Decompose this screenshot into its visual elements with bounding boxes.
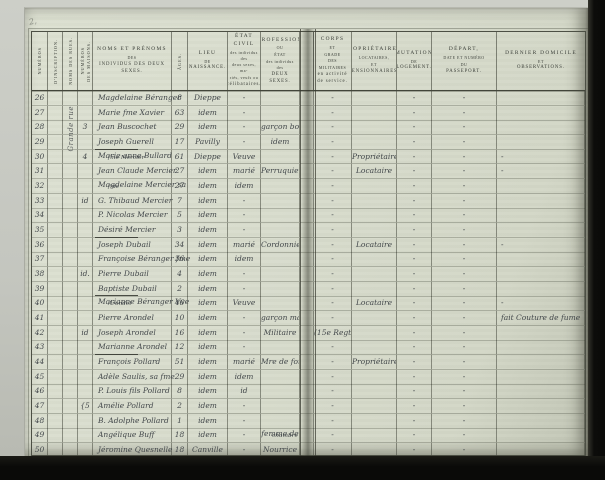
cell-age: 8 [172, 384, 188, 399]
column-header-depart: DÉPART,DATE ET NUMÉRODUPASSEPORT. [432, 32, 497, 90]
cell-mut: - [397, 384, 432, 399]
table-row: 37Françoise Béranger fme36idemidem--- [32, 252, 585, 267]
cell-house [78, 179, 93, 194]
cell-gut [300, 311, 314, 326]
cell-birth: idem [188, 194, 228, 209]
cell-etat: marié [228, 164, 261, 179]
cell-corps: - [314, 238, 352, 253]
cell-house [78, 135, 93, 150]
cell-mut: - [397, 340, 432, 355]
cell-obs [497, 194, 585, 209]
cell-name: Pierre Dubail [93, 267, 172, 282]
cell-rue [63, 399, 78, 414]
cell-prof [261, 414, 300, 429]
cell-age: 3 [172, 223, 188, 238]
cell-birth: idem [188, 106, 228, 121]
cell-birth: idem [188, 120, 228, 135]
table-row: 26Magdelaine Béranger8Dieppe---- [32, 91, 585, 106]
table-row: 43Marianne Arondel12idem---- [32, 340, 585, 355]
cell-name: Jean Claude Mercier [93, 164, 172, 179]
cell-mut: - [397, 208, 432, 223]
cell-obs [497, 267, 585, 282]
cell-prof [261, 267, 300, 282]
cell-age: 63 [172, 106, 188, 121]
cell-rue [63, 370, 78, 385]
cell-obs [497, 282, 585, 297]
cell-house [78, 91, 93, 106]
cell-house [78, 296, 93, 311]
cell-mut: - [397, 150, 432, 165]
cell-prop: Locataire [352, 164, 397, 179]
table-row: 31Jean Claude Mercier27idemmariéPerruqui… [32, 164, 585, 179]
cell-mut: - [397, 370, 432, 385]
cell-corps: - [314, 164, 352, 179]
cell-rue [63, 340, 78, 355]
table-row: 34P. Nicolas Mercier5idem---- [32, 208, 585, 223]
cell-birth: Dieppe [188, 91, 228, 106]
cell-prop [352, 414, 397, 429]
cell-gut [300, 164, 314, 179]
cell-num: 49 [32, 428, 48, 443]
cell-obs [497, 91, 585, 106]
cell-etat: marié [228, 238, 261, 253]
cell-etat: - [228, 91, 261, 106]
cell-num2 [48, 296, 63, 311]
cell-dep: - [432, 135, 497, 150]
table-header: NUMÉROS D'INSCRIPTION. NOMS DES RUES. NU… [32, 32, 585, 91]
cell-prof: idem [261, 135, 300, 150]
cell-house: id. [78, 267, 93, 282]
column-header-proprietaires: PROPRIÉTAIRES,LOCATAIRES,ETPENSIONNAIRES… [352, 32, 397, 90]
column-header-ages: ÂGES. [172, 32, 188, 90]
cell-name: Joseph Dubail [93, 238, 172, 253]
cell-obs: - [497, 164, 585, 179]
cell-mut: - [397, 267, 432, 282]
cell-dep: - [432, 384, 497, 399]
cell-house [78, 164, 93, 179]
cell-num: 42 [32, 326, 48, 341]
cell-dep: - [432, 208, 497, 223]
cell-etat: - [228, 282, 261, 297]
cell-num2 [48, 223, 63, 238]
table-row: 27Marie fme Xavier63idem---- [32, 106, 585, 121]
cell-dep: - [432, 106, 497, 121]
cell-name: Joseph Arondel [93, 326, 172, 341]
cell-etat: Veuve [228, 296, 261, 311]
scanner-bottom-edge [0, 456, 605, 480]
cell-mut: - [397, 238, 432, 253]
cell-gut [300, 223, 314, 238]
cell-birth: idem [188, 238, 228, 253]
cell-mut: - [397, 91, 432, 106]
cell-mut: - [397, 223, 432, 238]
cell-obs [497, 208, 585, 223]
cell-age: 27 [172, 179, 188, 194]
cell-num: 46 [32, 384, 48, 399]
cell-corps: - [314, 428, 352, 443]
cell-num2 [48, 252, 63, 267]
cell-corps: - [314, 208, 352, 223]
cell-obs [497, 223, 585, 238]
cell-house [78, 370, 93, 385]
cell-prop [352, 91, 397, 106]
cell-rue [63, 164, 78, 179]
cell-etat: - [228, 106, 261, 121]
cell-birth: idem [188, 164, 228, 179]
cell-age: 34 [172, 238, 188, 253]
cell-num2 [48, 120, 63, 135]
cell-corps: - [314, 311, 352, 326]
cell-rue [63, 296, 78, 311]
cell-age: 18 [172, 428, 188, 443]
cell-num2 [48, 384, 63, 399]
cell-prof [261, 340, 300, 355]
cell-num: 37 [32, 252, 48, 267]
cell-rue [63, 238, 78, 253]
cell-obs: - [497, 238, 585, 253]
column-header-noms-des-rues: NOMS DES RUES. [63, 32, 78, 90]
cell-house [78, 252, 93, 267]
cell-birth: idem [188, 296, 228, 311]
cell-rue [63, 428, 78, 443]
cell-prof: Cordonnier [261, 238, 300, 253]
cell-prop [352, 311, 397, 326]
column-header-dernier-domicile: DERNIER DOMICILEETOBSERVATIONS. [497, 32, 585, 90]
cell-rue [63, 355, 78, 370]
cell-obs: - [497, 296, 585, 311]
cell-mut: - [397, 326, 432, 341]
cell-num: 47 [32, 399, 48, 414]
cell-birth: idem [188, 252, 228, 267]
cell-house [78, 238, 93, 253]
cell-prop [352, 252, 397, 267]
table-row: 42idJoseph Arondel16idem-Militaire(15e R… [32, 326, 585, 341]
cell-etat: - [228, 428, 261, 443]
cell-rue [63, 208, 78, 223]
cell-num2 [48, 282, 63, 297]
cell-corps: - [314, 135, 352, 150]
cell-num2 [48, 194, 63, 209]
cell-rue [63, 120, 78, 135]
cell-obs [497, 384, 585, 399]
cell-dep: - [432, 311, 497, 326]
cell-name: Jean Buscochet [93, 120, 172, 135]
cell-gut [300, 252, 314, 267]
cell-dep: - [432, 340, 497, 355]
cell-num: 31 [32, 164, 48, 179]
cell-prop [352, 194, 397, 209]
cell-gut [300, 135, 314, 150]
cell-age: 29 [172, 120, 188, 135]
cell-gut [300, 340, 314, 355]
cell-birth: idem [188, 384, 228, 399]
table-row: 29Joseph Guerell17Pavilly-idem--- [32, 135, 585, 150]
table-row: 47{5Amélie Pollard2idem---- [32, 399, 585, 414]
cell-gut [300, 238, 314, 253]
cell-prof [261, 208, 300, 223]
cell-rue [63, 179, 78, 194]
cell-birth: Pavilly [188, 135, 228, 150]
cell-num2 [48, 106, 63, 121]
cell-num: 26 [32, 91, 48, 106]
table-row: 38id.Pierre Dubail4idem---- [32, 267, 585, 282]
cell-birth: idem [188, 282, 228, 297]
cell-obs [497, 340, 585, 355]
cell-rue [63, 414, 78, 429]
cell-mut: - [397, 428, 432, 443]
cell-prop [352, 370, 397, 385]
cell-gut [300, 296, 314, 311]
cell-prof [261, 296, 300, 311]
cell-num2 [48, 311, 63, 326]
column-header-lieu-naissance: LIEUDENAISSANCE. [188, 32, 228, 90]
cell-prop: Propriétaire [352, 150, 397, 165]
cell-num2 [48, 179, 63, 194]
table-row: 46P. Louis fils Pollard8idemid--- [32, 384, 585, 399]
cell-age: 4 [172, 267, 188, 282]
cell-corps: - [314, 414, 352, 429]
cell-obs [497, 135, 585, 150]
cell-mut: - [397, 135, 432, 150]
cell-num: 27 [32, 106, 48, 121]
cell-prop [352, 135, 397, 150]
cell-birth: idem [188, 355, 228, 370]
cell-age: 27 [172, 164, 188, 179]
cell-prof [261, 399, 300, 414]
cell-birth: idem [188, 326, 228, 341]
cell-num2 [48, 267, 63, 282]
cell-name: P. Nicolas Mercier [93, 208, 172, 223]
cell-age: 10 [172, 311, 188, 326]
cell-name: Magdelaine Béranger [93, 91, 172, 106]
cell-prop [352, 326, 397, 341]
table-body: Grande rue 26Magdelaine Béranger8Dieppe-… [32, 91, 585, 458]
cell-dep: - [432, 91, 497, 106]
cell-dep: - [432, 428, 497, 443]
cell-birth: idem [188, 428, 228, 443]
cell-num2 [48, 208, 63, 223]
cell-prof [261, 106, 300, 121]
cell-age: 2 [172, 399, 188, 414]
table-row: 41Pierre Arondel10idem-garçon maçon---fa… [32, 311, 585, 326]
cell-name: B. Adolphe Pollard [93, 414, 172, 429]
cell-rue [63, 311, 78, 326]
cell-age: 61 [172, 150, 188, 165]
cell-house [78, 208, 93, 223]
cell-dep: - [432, 120, 497, 135]
cell-gut [300, 106, 314, 121]
cell-gut [300, 355, 314, 370]
cell-dep: - [432, 252, 497, 267]
cell-prop [352, 223, 397, 238]
cell-prop [352, 282, 397, 297]
cell-obs [497, 326, 585, 341]
column-header-corps-grade: CORPSETGRADEDESMILITAIRESen activité de … [314, 32, 352, 90]
cell-prof [261, 370, 300, 385]
cell-num: 29 [32, 135, 48, 150]
cell-birth: idem [188, 414, 228, 429]
cell-dep: - [432, 296, 497, 311]
cell-house [78, 282, 93, 297]
cell-gut [300, 120, 314, 135]
cell-gut [300, 179, 314, 194]
cell-birth: idem [188, 267, 228, 282]
margin-pencil-mark: 2, [28, 16, 37, 26]
cell-rue [63, 150, 78, 165]
column-header-numeros-maisons: NUMÉROSDES MAISONS. [78, 32, 93, 90]
cell-house [78, 223, 93, 238]
cell-dep: - [432, 179, 497, 194]
cell-corps: - [314, 296, 352, 311]
cell-rue [63, 223, 78, 238]
cell-house: 4 [78, 150, 93, 165]
cell-rue [63, 135, 78, 150]
table-row: 304Marie anne Bullardfme Mercier61Dieppe… [32, 150, 585, 165]
cell-num: 38 [32, 267, 48, 282]
cell-rue [63, 267, 78, 282]
cell-name: Marie anne Bullardfme Mercier [93, 150, 172, 165]
cell-house [78, 340, 93, 355]
cell-age: 29 [172, 370, 188, 385]
cell-gut [300, 267, 314, 282]
cell-rue [63, 91, 78, 106]
table-row: 40Marianne Béranger VveArondel46idemVeuv… [32, 296, 585, 311]
cell-num2 [48, 91, 63, 106]
cell-name: François Pollard [93, 355, 172, 370]
cell-gut [300, 150, 314, 165]
cell-name: Angélique Buff [93, 428, 172, 443]
cell-num: 48 [32, 414, 48, 429]
cell-house: id [78, 194, 93, 209]
cell-corps: - [314, 150, 352, 165]
cell-obs [497, 106, 585, 121]
cell-obs [497, 428, 585, 443]
register-page: 2, NUMÉROS D'INSCRIPTION. NOMS DES RUES.… [24, 7, 589, 458]
cell-birth: idem [188, 370, 228, 385]
cell-etat: - [228, 340, 261, 355]
table-row: 48B. Adolphe Pollard1idem---- [32, 414, 585, 429]
cell-etat: - [228, 399, 261, 414]
cell-corps: - [314, 399, 352, 414]
cell-prof [261, 282, 300, 297]
cell-num: 35 [32, 223, 48, 238]
cell-rue [63, 106, 78, 121]
cell-birth: idem [188, 340, 228, 355]
cell-prop [352, 106, 397, 121]
table-row: 33idG. Thibaud Mercier7idem---- [32, 194, 585, 209]
cell-obs [497, 120, 585, 135]
cell-num2 [48, 135, 63, 150]
cell-dep: - [432, 164, 497, 179]
cell-mut: - [397, 282, 432, 297]
cell-prof: Militaire [261, 326, 300, 341]
cell-etat: marié [228, 355, 261, 370]
cell-corps: (15e Regt de ligne) [314, 326, 352, 341]
cell-mut: - [397, 194, 432, 209]
cell-corps: - [314, 355, 352, 370]
cell-obs: fait Couture de fume [497, 311, 585, 326]
cell-num2 [48, 150, 63, 165]
column-header-etat-civil: ÉTAT CIVILdes individus desdeux sexes, m… [228, 32, 261, 90]
cell-num: 30 [32, 150, 48, 165]
cell-dep: - [432, 150, 497, 165]
cell-rue [63, 384, 78, 399]
gutter-header [300, 32, 314, 90]
cell-num: 41 [32, 311, 48, 326]
cell-gut [300, 326, 314, 341]
cell-age: 36 [172, 252, 188, 267]
cell-gut [300, 428, 314, 443]
cell-prof: garçon boulr [261, 120, 300, 135]
cell-dep: - [432, 414, 497, 429]
column-header-mutation: MUTATIONDELOGEMENT. [397, 32, 432, 90]
cell-etat: idem [228, 370, 261, 385]
cell-mut: - [397, 414, 432, 429]
cell-age: 5 [172, 208, 188, 223]
column-header-profession: PROFESSIONOUÉTATdes individus desDEUX SE… [261, 32, 300, 90]
cell-rue [63, 194, 78, 209]
cell-corps: - [314, 267, 352, 282]
cell-dep: - [432, 370, 497, 385]
cell-house: {5 [78, 399, 93, 414]
cell-name: P. Louis fils Pollard [93, 384, 172, 399]
cell-corps: - [314, 252, 352, 267]
cell-prop [352, 399, 397, 414]
register-table: NUMÉROS D'INSCRIPTION. NOMS DES RUES. NU… [31, 31, 586, 456]
cell-house [78, 106, 93, 121]
cell-birth: idem [188, 179, 228, 194]
cell-etat: - [228, 208, 261, 223]
cell-mut: - [397, 164, 432, 179]
cell-num2 [48, 428, 63, 443]
table-row: 35Désiré Mercier3idem---- [32, 223, 585, 238]
cell-house [78, 428, 93, 443]
cell-prof: Perruquier [261, 164, 300, 179]
cell-house [78, 414, 93, 429]
cell-rue [63, 252, 78, 267]
cell-house [78, 311, 93, 326]
cell-corps: - [314, 106, 352, 121]
cell-corps: - [314, 384, 352, 399]
cell-num2 [48, 355, 63, 370]
cell-name: Marianne Béranger VveArondel [93, 296, 172, 311]
cell-age: 7 [172, 194, 188, 209]
cell-house [78, 355, 93, 370]
cell-name: Amélie Pollard [93, 399, 172, 414]
cell-prop: Locataire [352, 238, 397, 253]
cell-corps: - [314, 282, 352, 297]
cell-etat: - [228, 223, 261, 238]
cell-corps: - [314, 340, 352, 355]
cell-obs [497, 370, 585, 385]
cell-prof [261, 223, 300, 238]
cell-age: 16 [172, 326, 188, 341]
cell-age: 46 [172, 296, 188, 311]
cell-gut [300, 282, 314, 297]
cell-dep: - [432, 326, 497, 341]
cell-gut [300, 208, 314, 223]
cell-prop [352, 120, 397, 135]
cell-prof [261, 179, 300, 194]
table-row: 32Magdelaine Mercier safme27idemidem--- [32, 179, 585, 194]
cell-rue [63, 326, 78, 341]
cell-etat: Veuve [228, 150, 261, 165]
cell-num: 39 [32, 282, 48, 297]
cell-etat: idem [228, 252, 261, 267]
cell-name: Magdelaine Mercier safme [93, 179, 172, 194]
cell-prop: Propriétaire [352, 355, 397, 370]
cell-prof [261, 194, 300, 209]
